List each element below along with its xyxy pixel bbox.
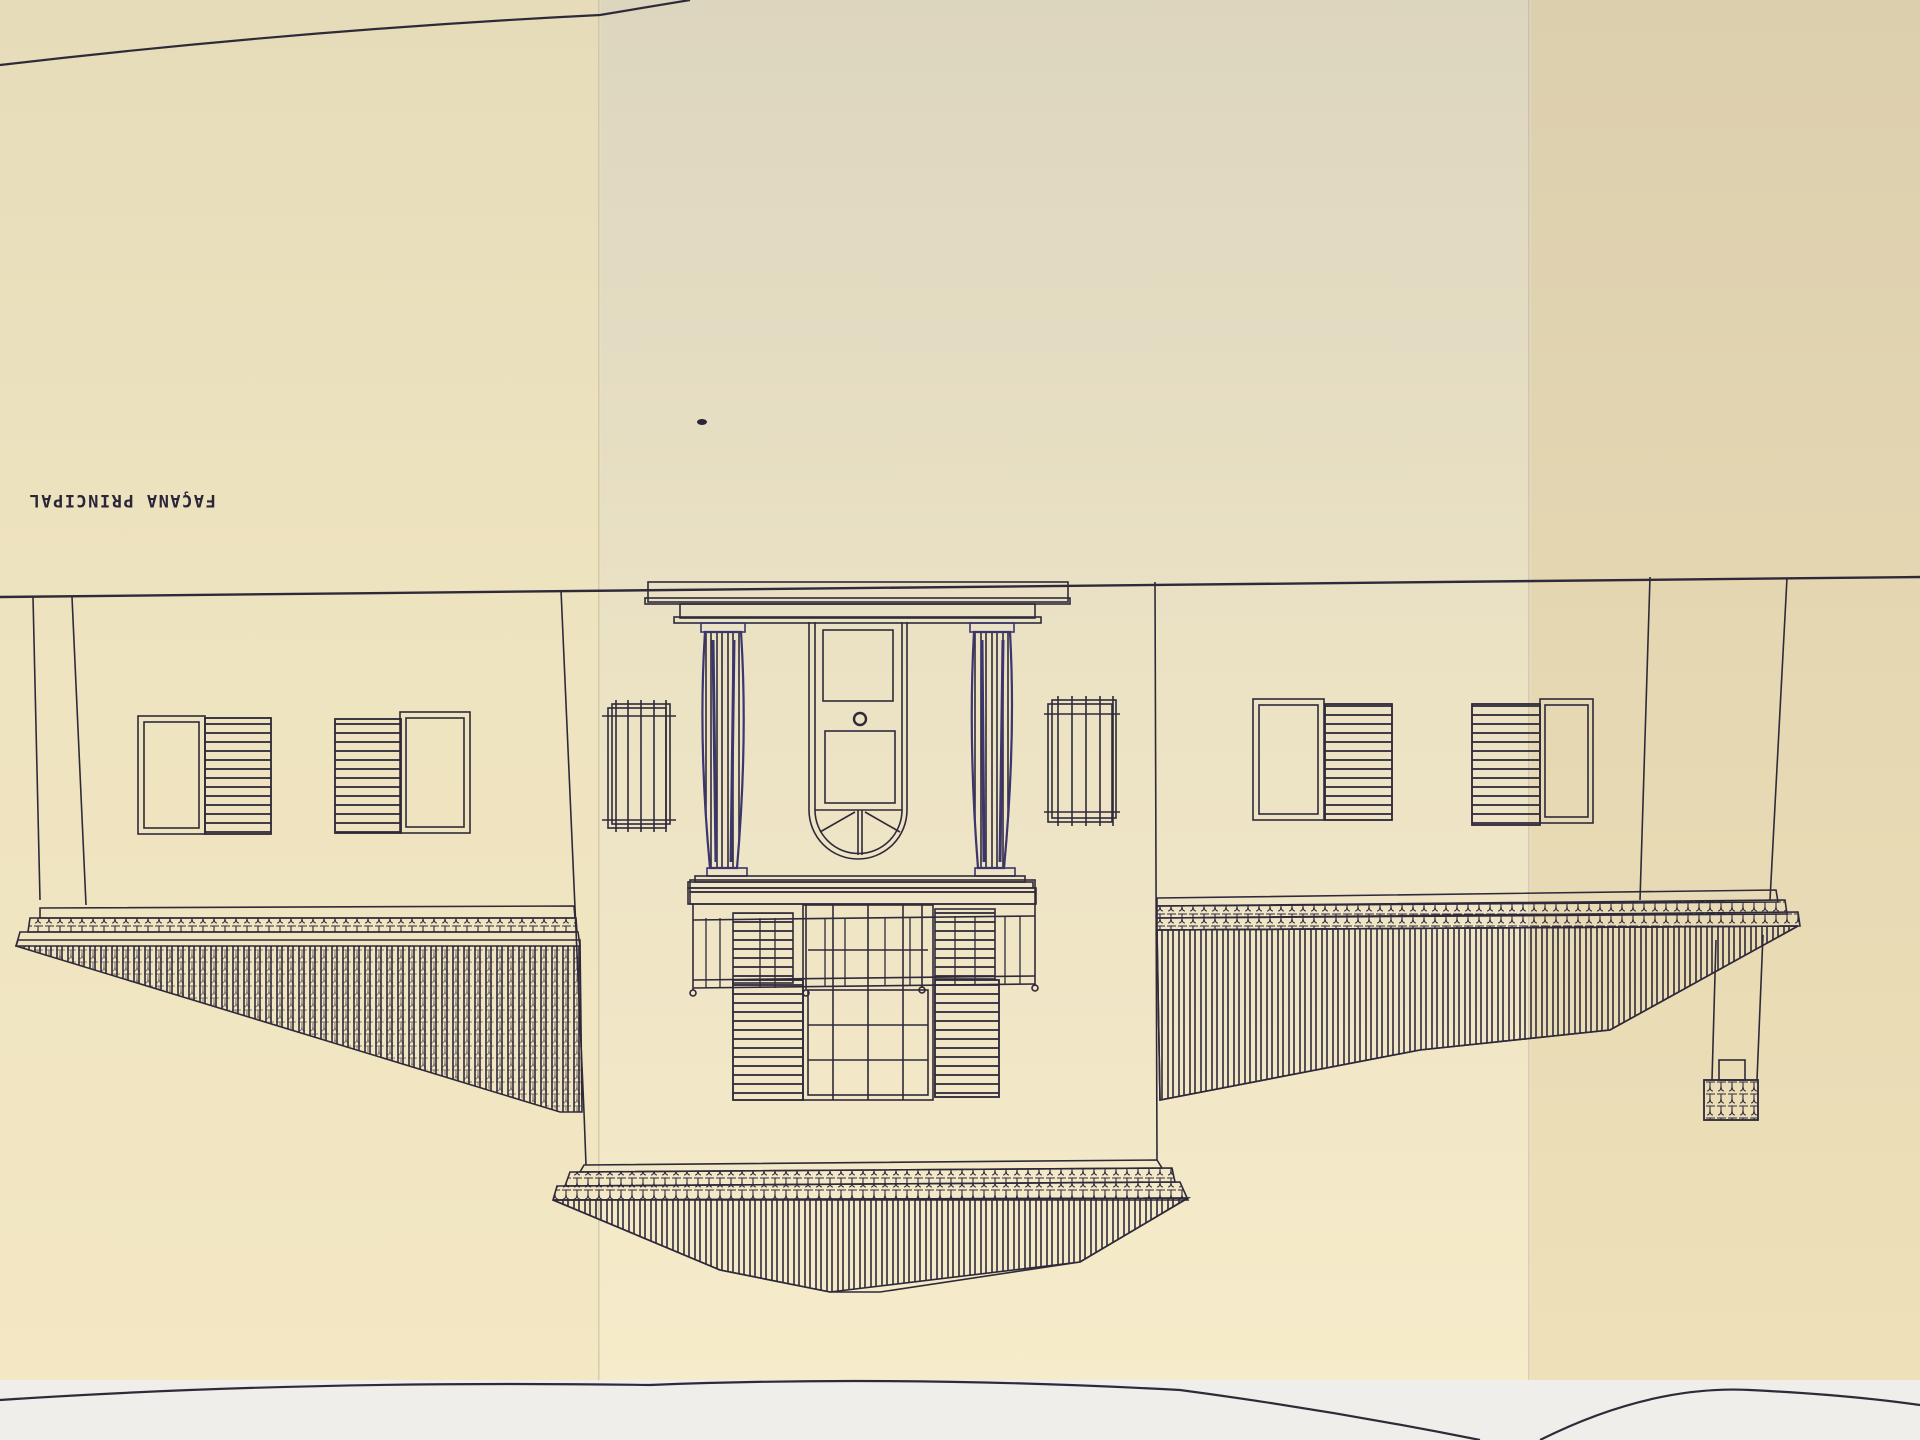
roof-eave-center — [553, 1160, 1188, 1292]
window-left-1 — [138, 716, 271, 834]
column-left — [701, 623, 747, 876]
drawing-sheet: FAÇANA PRINCIPAL — [0, 0, 1920, 1440]
balcony — [690, 880, 1038, 1100]
roof-eave-left — [16, 906, 582, 1112]
window-right-1 — [1253, 699, 1392, 820]
left-wall — [16, 590, 584, 1112]
portico — [645, 582, 1070, 904]
ground-line — [0, 577, 1920, 597]
roof-eave-right — [1157, 890, 1800, 1100]
grilled-window-right — [1044, 696, 1120, 826]
window-left-2 — [335, 712, 470, 833]
central-wall — [584, 582, 1157, 1165]
border-line-bottom — [0, 1381, 1920, 1440]
ink-spot — [697, 419, 707, 425]
elevation-drawing — [0, 0, 1920, 1440]
right-wall — [1157, 577, 1800, 1120]
border-line-top — [0, 0, 690, 65]
window-right-2 — [1472, 699, 1593, 825]
column-right — [970, 623, 1015, 876]
grilled-window-left — [602, 700, 676, 832]
main-door — [809, 622, 907, 859]
